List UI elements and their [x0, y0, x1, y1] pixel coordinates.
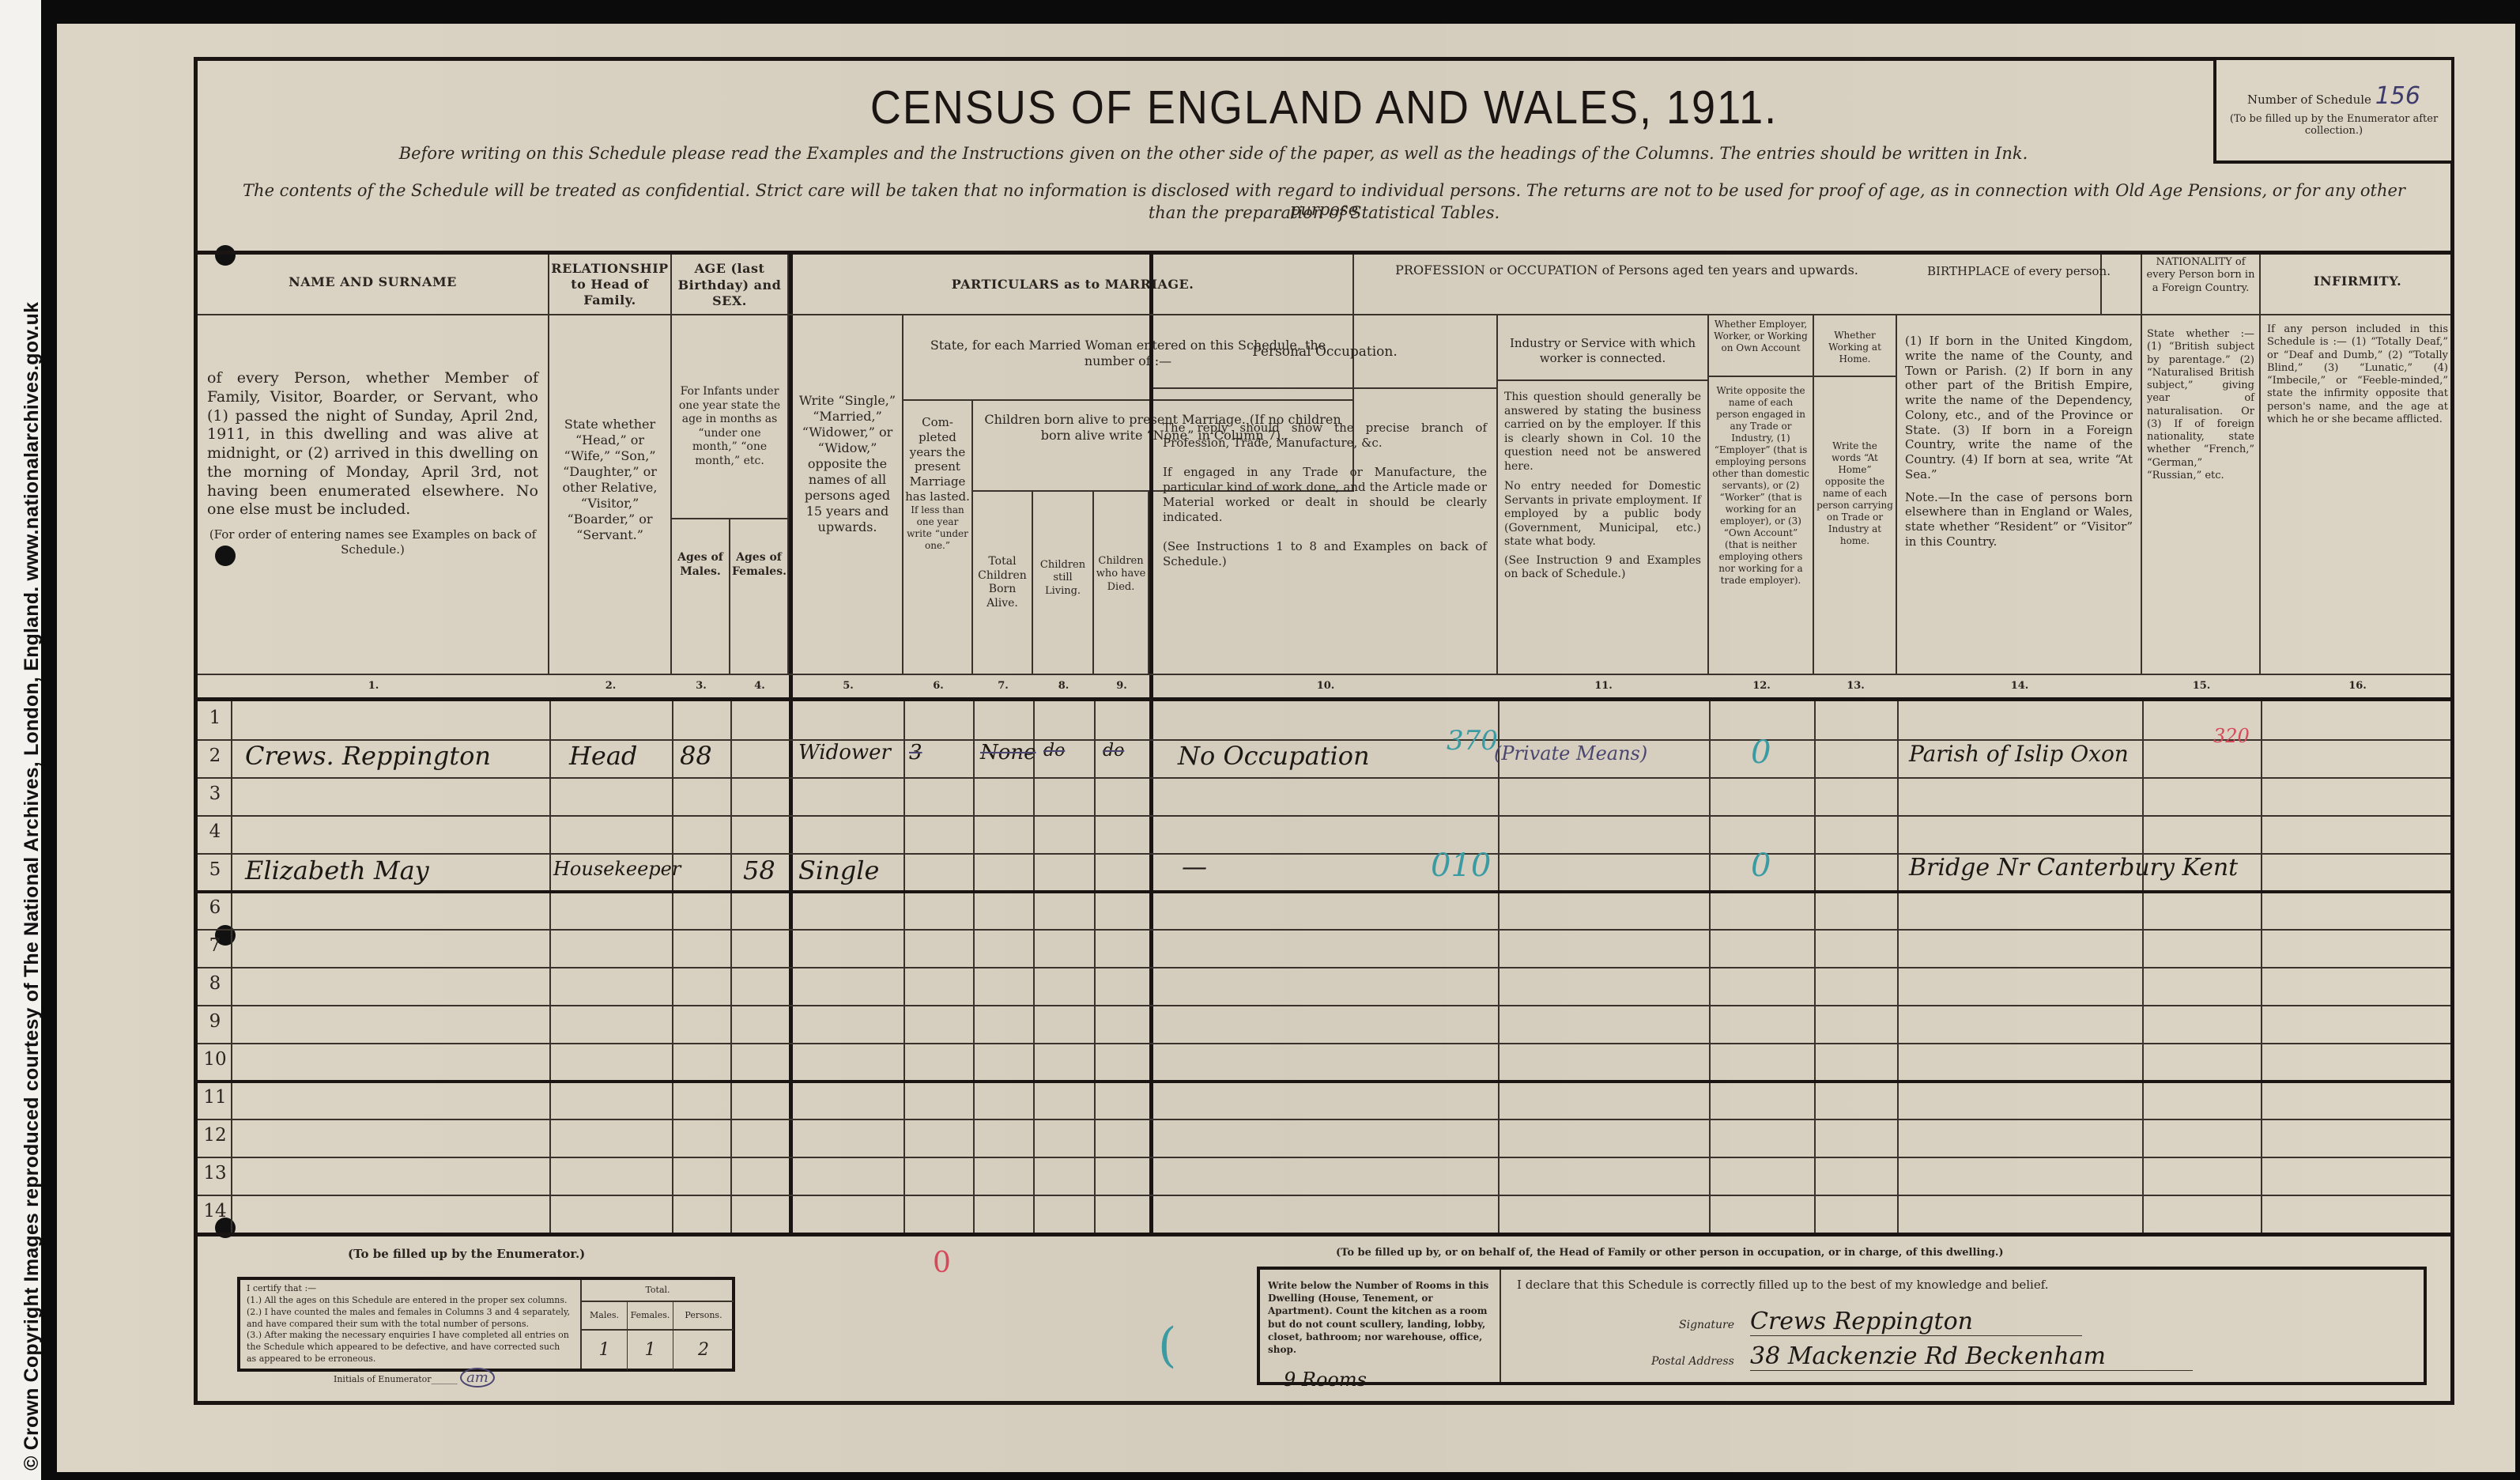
row-number: 14 [199, 1201, 231, 1221]
entry-1-birthplace-code: 320 [2213, 725, 2250, 747]
row-number-struck: 1 [199, 708, 231, 728]
col-8-instructions: Children still Living. [1033, 492, 1094, 674]
rows-top-border [198, 697, 2450, 701]
header-divider [198, 674, 2450, 675]
entry-2-occupation-code: 010 [1431, 848, 1491, 884]
page-title: CENSUS OF ENGLAND AND WALES, 1911. [198, 81, 2450, 134]
total-females[interactable]: 1 [628, 1331, 673, 1370]
col-num: 8. [1033, 680, 1094, 692]
entry-1-occupation-note[interactable]: (Private Means) [1494, 742, 1647, 765]
total-persons[interactable]: 2 [673, 1331, 734, 1370]
col-num: 13. [1814, 680, 1897, 692]
col-6-instructions: Com- pleted years the present Marriage h… [904, 401, 973, 674]
col-num: 10. [1153, 680, 1498, 692]
row-line [198, 929, 2450, 931]
col-1-instructions: of every Person, whether Member of Famil… [198, 314, 549, 674]
certify-text: I certify that :— (1.) All the ages on t… [247, 1283, 571, 1387]
schedule-number-note: (To be filled up by the Enumerator after… [2216, 113, 2451, 137]
col-14-instructions: (1) If born in the United Kingdom, write… [1897, 314, 2142, 674]
rooms-instruction: Write below the Number of Rooms in this … [1260, 1270, 1501, 1382]
col-num: 6. [904, 680, 973, 692]
entry-1-employer-status[interactable]: 0 [1751, 734, 1771, 771]
col-16-title: INFIRMITY. [2261, 255, 2454, 314]
entry-1-relationship[interactable]: Head [569, 741, 637, 771]
entry-1-children-living[interactable]: do [1043, 741, 1065, 761]
col-5-instructions: Write “Single,” “Married,” “Widower,” or… [793, 314, 904, 674]
head-declaration-box: Write below the Number of Rooms in this … [1257, 1267, 2427, 1385]
row-number: 11 [199, 1087, 231, 1108]
col-2-instructions: State whether “Head,” or “Wife,” “Son,” … [549, 314, 672, 674]
schedule-number-value[interactable]: 156 [2375, 82, 2420, 110]
col-num: 1. [198, 680, 549, 692]
entry-2-occupation[interactable]: — [1182, 851, 1207, 882]
row-number-struck: 4 [199, 821, 231, 842]
row-number: 7 [199, 935, 231, 956]
row-number: 13 [199, 1163, 231, 1184]
totals-table: Total. Males. Females. Persons. 1 1 2 [580, 1280, 734, 1369]
enumerator-initials[interactable]: am [460, 1368, 495, 1387]
entry-2-employer-status[interactable]: 0 [1751, 848, 1771, 884]
col-3-sub: Ages of Males. [672, 519, 730, 674]
rooms-count[interactable]: 9 Rooms [1284, 1367, 1507, 1392]
entry-1-children-died[interactable]: do [1103, 741, 1124, 761]
green-tick-mark: ( [1158, 1318, 1176, 1373]
enumerator-red-mark: 0 [933, 1247, 951, 1279]
postal-address-label: Postal Address [1651, 1355, 1734, 1368]
col-2-title: RELATIONSHIP to Head of Family. [549, 255, 672, 314]
entry-1-years-married[interactable]: 3 [909, 741, 922, 765]
col-15-title: NATIONALITY of every Person born in a Fo… [2142, 255, 2261, 314]
entry-1-birthplace[interactable]: Parish of Islip Oxon [1909, 741, 2129, 767]
col-num: 15. [2142, 680, 2261, 692]
col-num: 14. [1897, 680, 2142, 692]
total-males[interactable]: 1 [582, 1331, 628, 1370]
copyright-strip: © Crown Copyright Images reproduced cour… [0, 0, 41, 1480]
col-12-instructions: Write opposite the name of each person e… [1709, 377, 1814, 674]
row-line [198, 1195, 2450, 1196]
col-num: 2. [549, 680, 672, 692]
row-number: 2 [199, 746, 231, 766]
rows-bottom-border [198, 1233, 2450, 1236]
entry-1-marriage[interactable]: Widower [798, 741, 891, 765]
schedule-number-label: Number of Schedule [2247, 92, 2371, 107]
row-line [198, 1119, 2450, 1120]
row-line [198, 1005, 2450, 1006]
col-3-4-title: AGE (last Birthday) and SEX. [672, 255, 789, 314]
enumerator-certification-box: I certify that :— (1.) All the ages on t… [237, 1277, 735, 1372]
row-number: 10 [199, 1049, 231, 1070]
row-line [198, 777, 2450, 779]
row-number: 8 [199, 973, 231, 994]
row-line [198, 815, 2450, 817]
row-line [198, 1043, 2450, 1044]
col-13-sub: Whether Working at Home. [1814, 314, 1897, 377]
postal-address-value[interactable]: 38 Mackenzie Rd Beckenham [1750, 1342, 2193, 1371]
enumerator-heading: (To be filled up by the Enumerator.) [348, 1247, 585, 1261]
entry-1-name[interactable]: Crews. Reppington [245, 741, 491, 771]
col-4-sub: Ages of Females. [730, 519, 789, 674]
row-line [198, 1157, 2450, 1158]
col-11-sub: Industry or Service with which worker is… [1498, 314, 1709, 381]
col-num: 3. [672, 680, 730, 692]
col-7-instructions: Total Children Born Alive. [973, 492, 1033, 674]
col-num: 12. [1709, 680, 1814, 692]
entry-1-occupation[interactable]: No Occupation [1178, 741, 1370, 771]
row-line-thick [198, 890, 2450, 893]
col-1-title: NAME AND SURNAME [198, 255, 549, 314]
entry-2-relationship[interactable]: Housekeeper [553, 858, 681, 880]
col-14-title: BIRTHPLACE of every person. [1897, 255, 2142, 314]
col-num: 9. [1094, 680, 1149, 692]
col-15-instructions: State whether :— (1) “British subject by… [2142, 314, 2261, 674]
row-number: 9 [199, 1011, 231, 1032]
col-12-sub: Whether Employer, Worker, or Working on … [1709, 314, 1814, 377]
row-number: 12 [199, 1125, 231, 1146]
col-13-instructions: Write the words “At Home” opposite the n… [1814, 377, 1897, 674]
row-line [198, 967, 2450, 968]
signature-label: Signature [1679, 1319, 1734, 1331]
col-10-sub: Personal Occupation. [1153, 314, 1498, 389]
census-schedule: CENSUS OF ENGLAND AND WALES, 1911. Befor… [194, 57, 2454, 1405]
entry-1-children-born[interactable]: None [980, 741, 1036, 765]
entry-1-occupation-code: 370 [1447, 725, 1498, 757]
copyright-text: © Crown Copyright Images reproduced cour… [21, 302, 43, 1471]
col-num: 7. [973, 680, 1033, 692]
col-9-instructions: Children who have Died. [1094, 492, 1149, 674]
declaration-text: I declare that this Schedule is correctl… [1517, 1278, 2049, 1292]
row-number: 6 [199, 897, 231, 918]
col-num: 11. [1498, 680, 1709, 692]
entry-2-name[interactable]: Elizabeth May [245, 855, 429, 885]
col-10-instructions: The reply should show the precise branch… [1153, 389, 1498, 674]
col-num: 4. [730, 680, 789, 692]
entry-1-age-male[interactable]: 88 [680, 741, 712, 771]
header-divider [198, 314, 2450, 315]
schedule-number-box: Number of Schedule 156 (To be filled up … [2213, 57, 2454, 164]
col-num: 5. [793, 680, 904, 692]
row-number-struck: 3 [199, 783, 231, 804]
signature-value[interactable]: Crews Reppington [1750, 1308, 2082, 1336]
entry-2-birthplace[interactable]: Bridge Nr Canterbury Kent [1909, 854, 2238, 882]
head-section-heading: (To be filled up by, or on behalf of, th… [1336, 1247, 2004, 1259]
confidential-line-2: than the preparation of Statistical Tabl… [198, 203, 2450, 222]
col-11-instructions: This question should generally be answer… [1498, 381, 1709, 674]
entry-2-marriage[interactable]: Single [798, 855, 879, 885]
col-num: 16. [2261, 680, 2454, 692]
row-line-thick [198, 1080, 2450, 1083]
intro-line: Before writing on this Schedule please r… [198, 144, 2450, 163]
col-16-instructions: If any person included in this Schedule … [2261, 314, 2454, 674]
col-3-4-instructions: For Infants under one year state the age… [672, 314, 789, 519]
entry-2-age-female[interactable]: 58 [743, 855, 775, 885]
row-number: 5 [199, 859, 231, 880]
